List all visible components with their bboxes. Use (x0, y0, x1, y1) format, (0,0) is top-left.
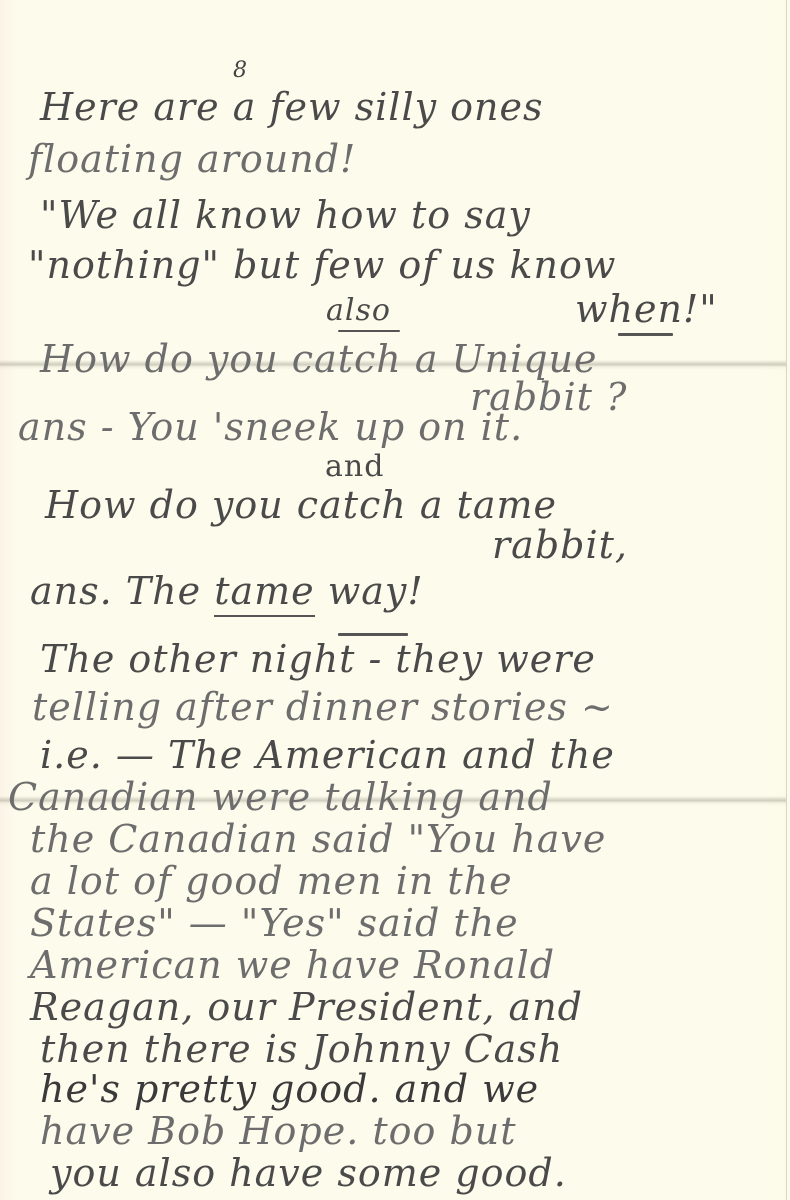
text-fragment: ans. The (30, 569, 214, 613)
text-line: rabbit, (492, 526, 628, 564)
text-line: "nothing" but few of us know (28, 246, 616, 284)
text-line: ans. The tame way! (30, 572, 424, 610)
text-line: a lot of good men in the (30, 862, 513, 900)
text-line: How do you catch a tame (45, 486, 557, 524)
text-line: he's pretty good. and we (40, 1070, 539, 1108)
text-line: The other night - they were (40, 640, 596, 678)
section-divider (338, 633, 408, 636)
text-line: and (325, 452, 384, 482)
text-line: Canadian were talking and (8, 778, 553, 816)
text-line: floating around! (28, 140, 356, 178)
text-line: "We all know how to say (40, 196, 531, 234)
insertion-mark: 8 (233, 58, 247, 83)
text-line: you also have some good. (50, 1154, 567, 1192)
letter-page: 8 Here are a few silly ones floating aro… (0, 0, 787, 1200)
text-line: Here are a few silly ones (40, 88, 544, 126)
text-fragment: way! (315, 569, 424, 613)
text-line: also (326, 296, 391, 326)
underlined-word: tame (214, 569, 314, 617)
text-line: Reagan, our President, and (30, 988, 583, 1026)
underline-when (618, 333, 673, 336)
text-line: the Canadian said "You have (30, 820, 606, 858)
text-line: when!" (575, 290, 718, 328)
text-line: have Bob Hope. too but (40, 1112, 517, 1150)
text-line: States" — "Yes" said the (30, 904, 519, 942)
text-line: How do you catch a Unique (40, 340, 598, 378)
text-line: i.e. — The American and the (40, 736, 615, 774)
text-line: ans - You 'sneek up on it. (18, 408, 523, 446)
underline-also (338, 330, 400, 332)
text-line: telling after dinner stories ~ (32, 688, 614, 726)
text-line: then there is Johnny Cash (40, 1030, 563, 1068)
text-line: American we have Ronald (30, 946, 555, 984)
